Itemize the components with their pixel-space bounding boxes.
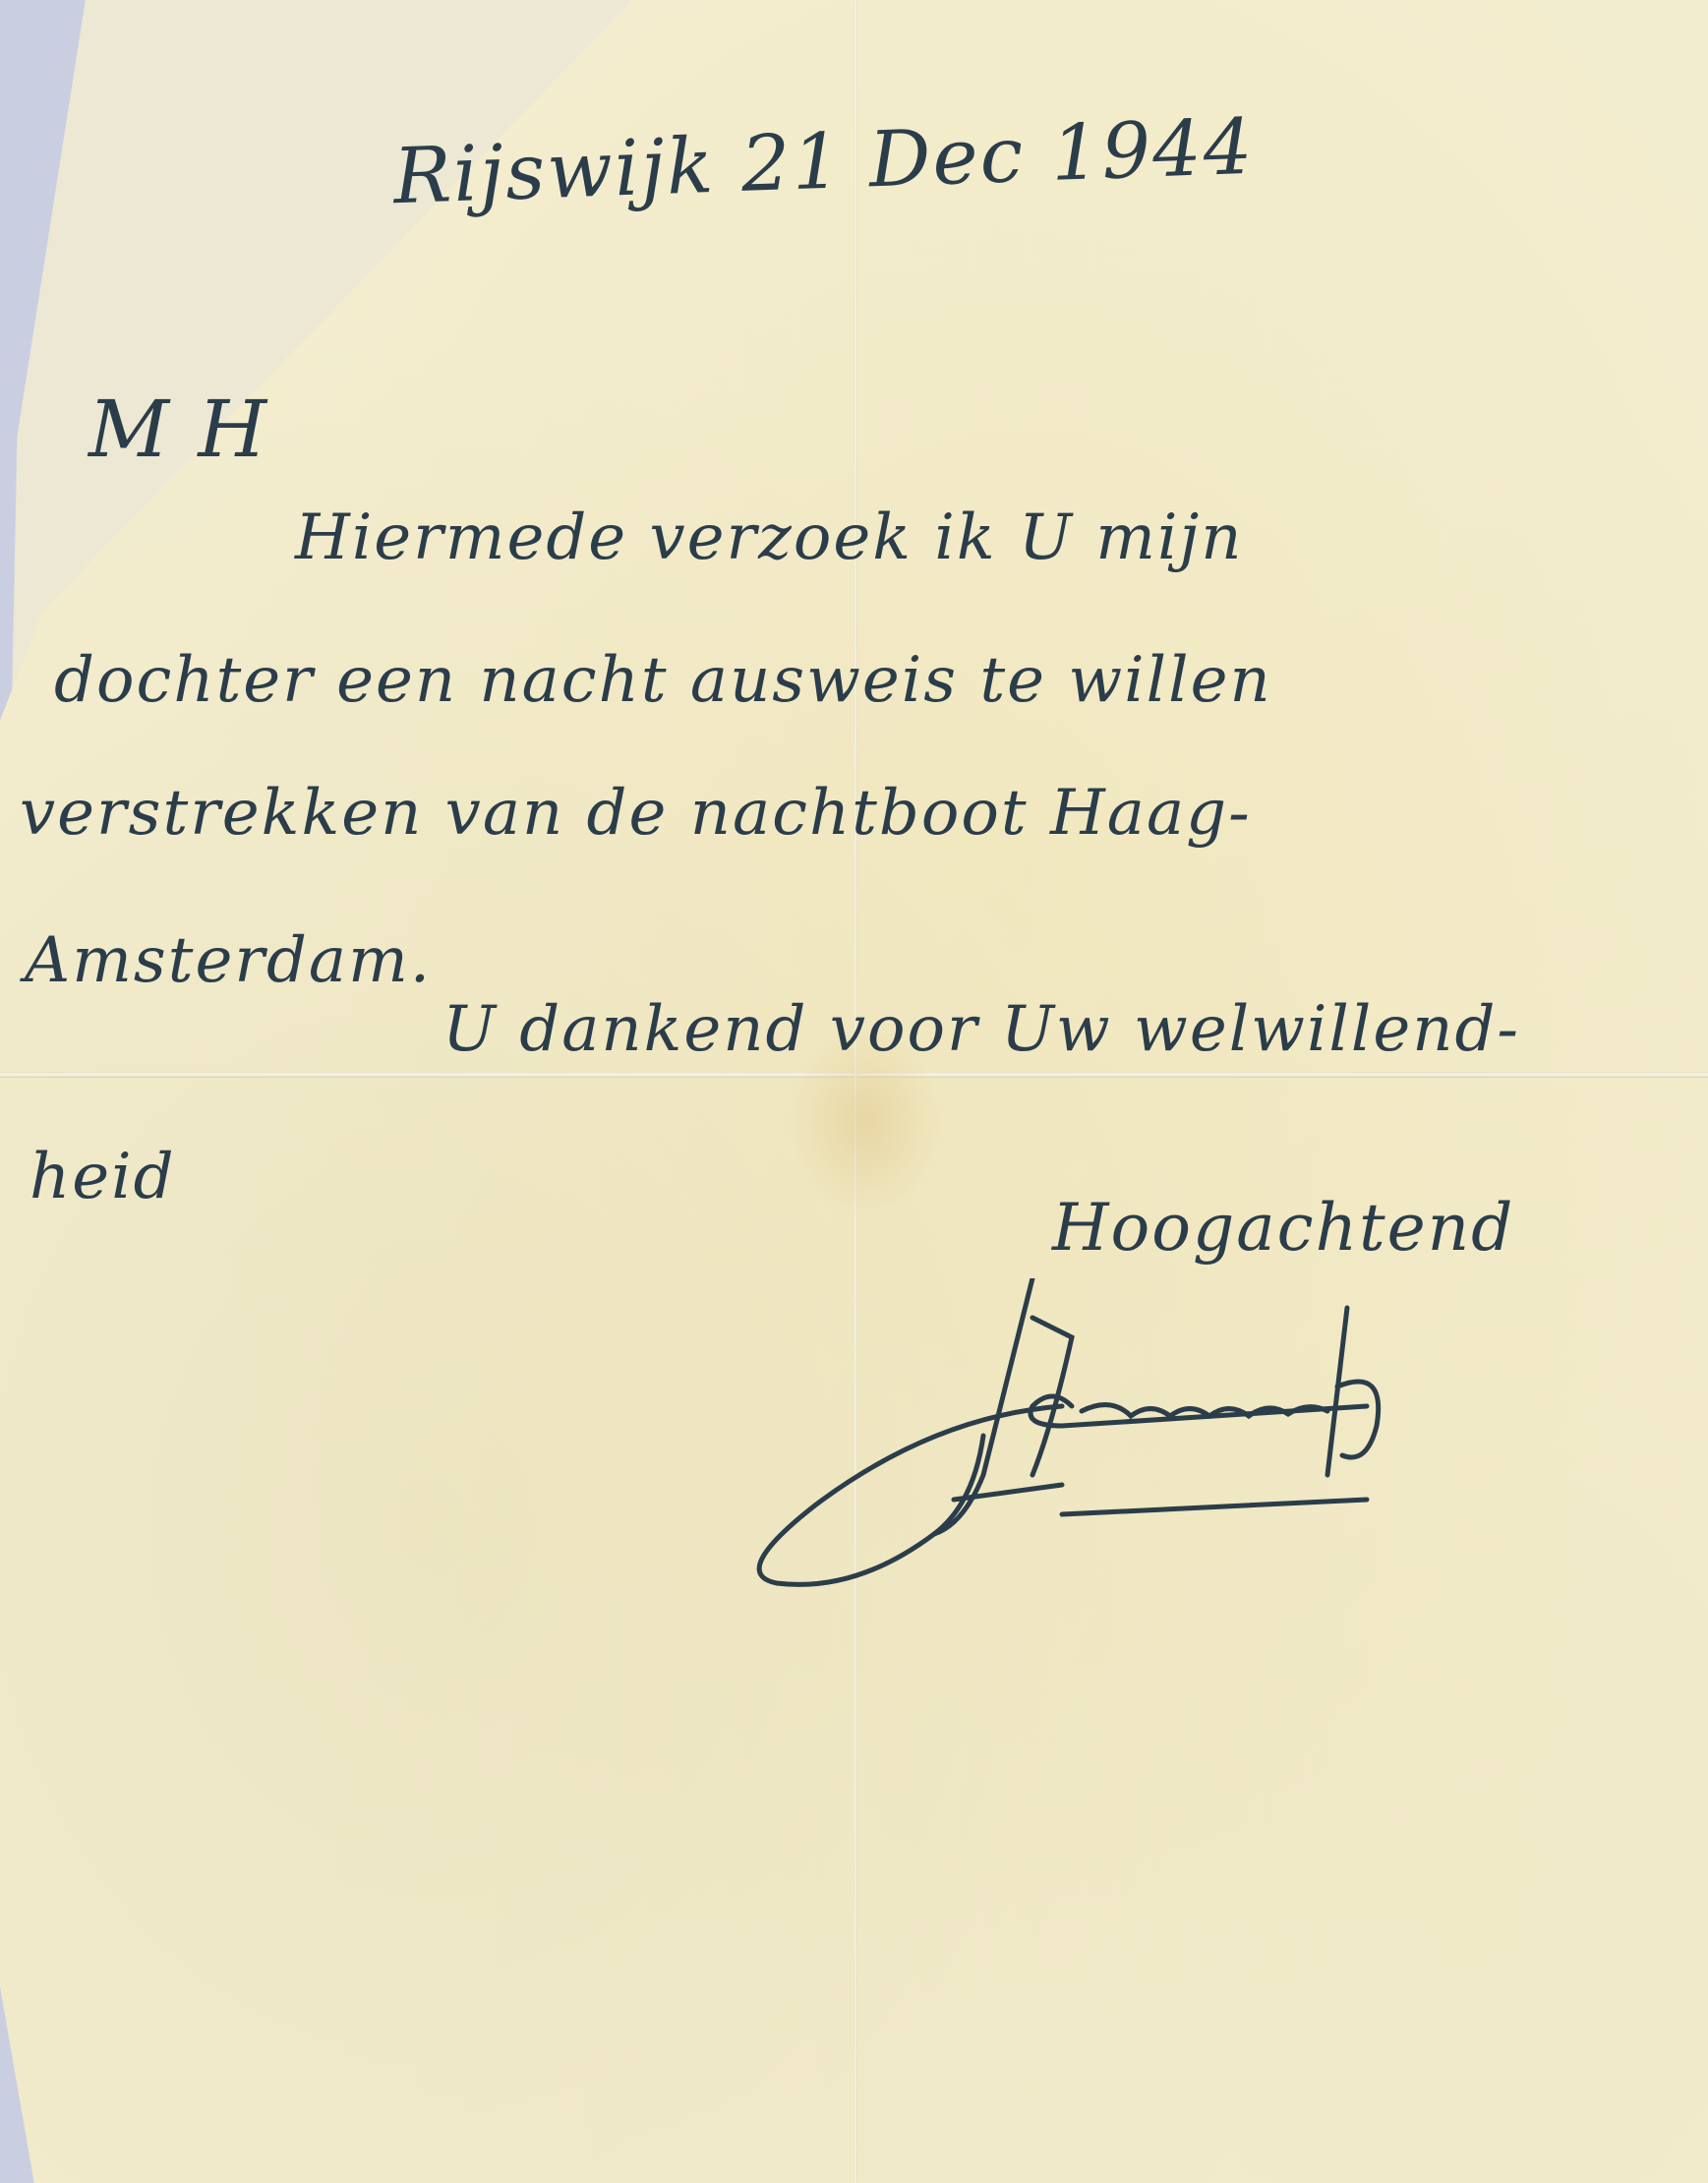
body-line: Hiermede verzoek ik U mijn (295, 501, 1243, 574)
signature-icon (737, 1278, 1622, 1593)
body-line: dochter een nacht ausweis te willen (54, 644, 1272, 717)
body-line: Amsterdam. (25, 924, 432, 997)
body-line: verstrekken van de nachtboot Haag- (20, 777, 1252, 850)
closing: Hoogachtend (1052, 1190, 1514, 1266)
salutation: M H (88, 383, 268, 475)
body-line: heid (29, 1141, 176, 1213)
body-line: U dankend voor Uw welwillend- (442, 993, 1520, 1066)
